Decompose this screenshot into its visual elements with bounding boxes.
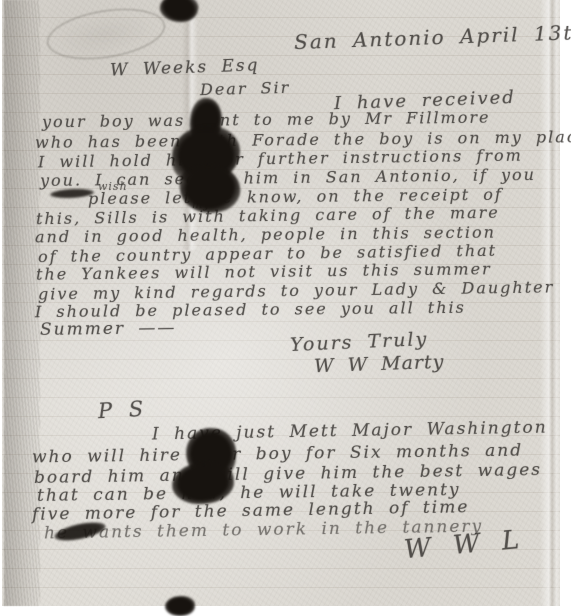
ink-blot-bottom (165, 596, 195, 616)
recipient-line: W Weeks Esq (110, 55, 260, 80)
paper: San Antonio April 13th /64 W Weeks Esq D… (2, 0, 560, 606)
body-line: Summer —— (40, 318, 177, 340)
body-line: I should be pleased to see you all this (35, 298, 466, 322)
scanned-letter: San Antonio April 13th /64 W Weeks Esq D… (0, 0, 571, 616)
fold-crease-right (540, 0, 562, 606)
superscript-insert: wish (98, 180, 128, 193)
body-line: your boy was sent to me by Mr Fillmore (42, 108, 491, 132)
stamp-mark (43, 1, 169, 67)
dateline: San Antonio April 13th /64 (294, 18, 571, 54)
ps-label: P S (97, 397, 145, 423)
salutation-line: Dear Sir (200, 78, 291, 99)
signature: W W Marty (314, 351, 445, 378)
